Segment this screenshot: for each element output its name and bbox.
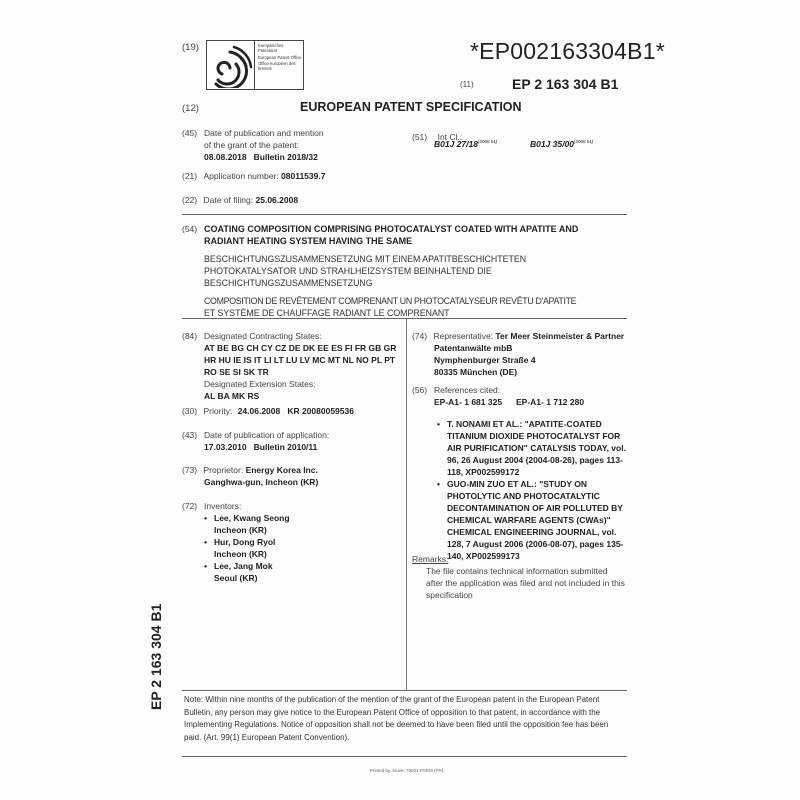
remarks-label: Remarks: (412, 553, 448, 565)
inventor-item: Lee, Kwang Seong Incheon (KR) (204, 512, 394, 536)
printed-by: Printed by Jouve, 75001 PARIS (FR) (370, 768, 443, 773)
inventors-label: Inventors: (204, 500, 241, 512)
int-cl-class-2-code: B01J 35/00 (530, 139, 574, 149)
representative-line-1: Ter Meer Steinmeister & Partner (495, 331, 624, 341)
epo-arcs-logo-icon (208, 42, 254, 88)
title-de-line-3: BESCHICHTUNGSZUSAMMENSETZUNG (204, 277, 644, 289)
states-line-3: RO SE SI SK TR (204, 366, 404, 378)
title-de-line-2: PHOTOKATALYSATOR UND STRAHLHEIZSYSTEM BE… (204, 265, 644, 277)
npl-references: T. NONAMI ET AL.: "APATITE-COATED TITANI… (437, 418, 627, 562)
representative-line-4: 80335 München (DE) (434, 366, 536, 378)
inid-code-74: (74) (412, 331, 427, 341)
title-fr-line-1: COMPOSITION DE REVÊTEMENT COMPRENANT UN … (204, 295, 644, 307)
barcode-text: *EP002163304B1* (470, 38, 665, 65)
int-cl-class-1: B01J 27/18(2006.01) (434, 139, 497, 149)
pub-app-label: Date of publication of application: (204, 429, 404, 441)
inventor-name: Lee, Kwang Seong (214, 512, 394, 524)
int-cl-class-1-version: (2006.01) (478, 139, 497, 144)
npl-reference-item: T. NONAMI ET AL.: "APATITE-COATED TITANI… (437, 418, 627, 478)
title-en-line-1: COATING COMPOSITION COMPRISING PHOTOCATA… (204, 223, 644, 235)
priority-value: 24.06.2008 KR 20080059536 (238, 406, 354, 416)
inid-code-54: (54) (182, 223, 197, 235)
grant-value: 08.08.2018 Bulletin 2018/32 (204, 151, 404, 163)
logo-line-de: Europäisches Patentamt (258, 44, 303, 54)
title-en-line-2: RADIANT HEATING SYSTEM HAVING THE SAME (204, 235, 644, 247)
divider-top (182, 214, 627, 215)
grant-label-1: Date of publication and mention (204, 127, 404, 139)
inid-code-21: (21) (182, 171, 197, 181)
epo-logo: Europäisches Patentamt European Patent O… (206, 40, 304, 90)
states-line-2: HR HU IE IS IT LI LT LU LV MC MT NL NO P… (204, 354, 404, 366)
logo-divider (254, 41, 255, 89)
representative-line-3: Nymphenburger Straße 4 (434, 354, 536, 366)
publication-number: EP 2 163 304 B1 (512, 76, 618, 92)
grant-label-2: of the grant of the patent: (204, 139, 404, 151)
int-cl-class-2: B01J 35/00(2006.01) (530, 139, 593, 149)
inventor-place: Incheon (KR) (214, 524, 394, 536)
inid-code-19: (19) (182, 42, 199, 53)
application-number-label: Application number: (204, 171, 279, 181)
inid-code-11: (11) (460, 80, 474, 89)
priority-row: (30) Priority: 24.06.2008 KR 20080059536 (182, 405, 354, 417)
references-label: References cited: (434, 384, 500, 396)
publication-of-application: Date of publication of application: 17.0… (204, 429, 404, 453)
inventor-name: Hur, Dong Ryol (214, 536, 394, 548)
inventor-name: Lee, Jang Mok (214, 560, 394, 572)
side-publication-number: EP 2 163 304 B1 (148, 604, 164, 710)
grant-details: Date of publication and mention of the g… (204, 127, 404, 163)
divider-note-top (182, 690, 627, 691)
int-cl-class-1-code: B01J 27/18 (434, 139, 478, 149)
int-cl-class-2-version: (2006.01) (574, 139, 593, 144)
filing-date-row: (22) Date of filing: 25.06.2008 (182, 194, 298, 206)
proprietor-label: Proprietor: (204, 465, 244, 475)
inventor-item: Lee, Jang Mok Seoul (KR) (204, 560, 394, 584)
proprietor-row: (73) Proprietor: Energy Korea Inc. (182, 464, 318, 476)
inid-code-51: (51) (412, 132, 427, 142)
states-label: Designated Contracting States: (204, 330, 404, 342)
patent-reference-1: EP-A1- 1 681 325 (434, 396, 502, 408)
inid-code-30: (30) (182, 406, 197, 416)
application-number-value: 08011539.7 (281, 171, 325, 181)
proprietor-name: Energy Korea Inc. (246, 465, 318, 475)
logo-text: Europäisches Patentamt European Patent O… (258, 44, 303, 74)
priority-label: Priority: (204, 406, 233, 416)
inventors-list: Lee, Kwang Seong Incheon (KR) Hur, Dong … (204, 512, 394, 584)
divider-note-bottom (182, 756, 627, 757)
inventor-item: Hur, Dong Ryol Incheon (KR) (204, 536, 394, 560)
inid-code-45: (45) (182, 128, 197, 138)
inventor-place: Seoul (KR) (214, 572, 394, 584)
column-divider (406, 318, 407, 690)
patent-reference-2: EP-A1- 1 712 280 (516, 396, 584, 408)
inid-code-12: (12) (182, 103, 199, 114)
inid-code-73: (73) (182, 465, 197, 475)
divider-middle (182, 318, 627, 319)
inid-code-56: (56) (412, 384, 427, 396)
pub-app-value: 17.03.2010 Bulletin 2010/11 (204, 441, 404, 453)
inventor-place: Incheon (KR) (214, 548, 394, 560)
filing-date-value: 25.06.2008 (256, 195, 299, 205)
title-block: COATING COMPOSITION COMPRISING PHOTOCATA… (204, 223, 644, 319)
representative-label: Representative: (434, 331, 494, 341)
remarks-text: The file contains technical information … (426, 565, 626, 601)
proprietor-address: Ganghwa-gun, Incheon (KR) (204, 476, 318, 488)
grant-section: (45) (182, 127, 197, 139)
designated-states: Designated Contracting States: AT BE BG … (204, 330, 404, 402)
representative-details: Patentanwälte mbB Nymphenburger Straße 4… (434, 342, 536, 378)
extension-states-value: AL BA MK RS (204, 390, 404, 402)
document-type: EUROPEAN PATENT SPECIFICATION (300, 100, 522, 114)
inid-code-22: (22) (182, 195, 197, 205)
opposition-note: Note: Within nine months of the publicat… (184, 694, 626, 744)
inid-code-43: (43) (182, 429, 197, 441)
extension-states-label: Designated Extension States: (204, 378, 404, 390)
filing-date-label: Date of filing: (204, 195, 254, 205)
npl-reference-item: GUO-MIN ZUO ET AL.: "STUDY ON PHOTOLYTIC… (437, 478, 627, 562)
states-line-1: AT BE BG CH CY CZ DE DK EE ES FI FR GB G… (204, 342, 404, 354)
representative-line-2: Patentanwälte mbB (434, 342, 536, 354)
application-number-row: (21) Application number: 08011539.7 (182, 170, 325, 182)
logo-line-en: European Patent Office (258, 56, 303, 61)
logo-line-fr: Office européen des brevets (258, 62, 303, 72)
inid-code-84: (84) (182, 330, 197, 342)
title-de-line-1: BESCHICHTUNGSZUSAMMENSETZUNG MIT EINEM A… (204, 253, 644, 265)
inid-code-72: (72) (182, 500, 197, 512)
representative-row: (74) Representative: Ter Meer Steinmeist… (412, 330, 624, 342)
